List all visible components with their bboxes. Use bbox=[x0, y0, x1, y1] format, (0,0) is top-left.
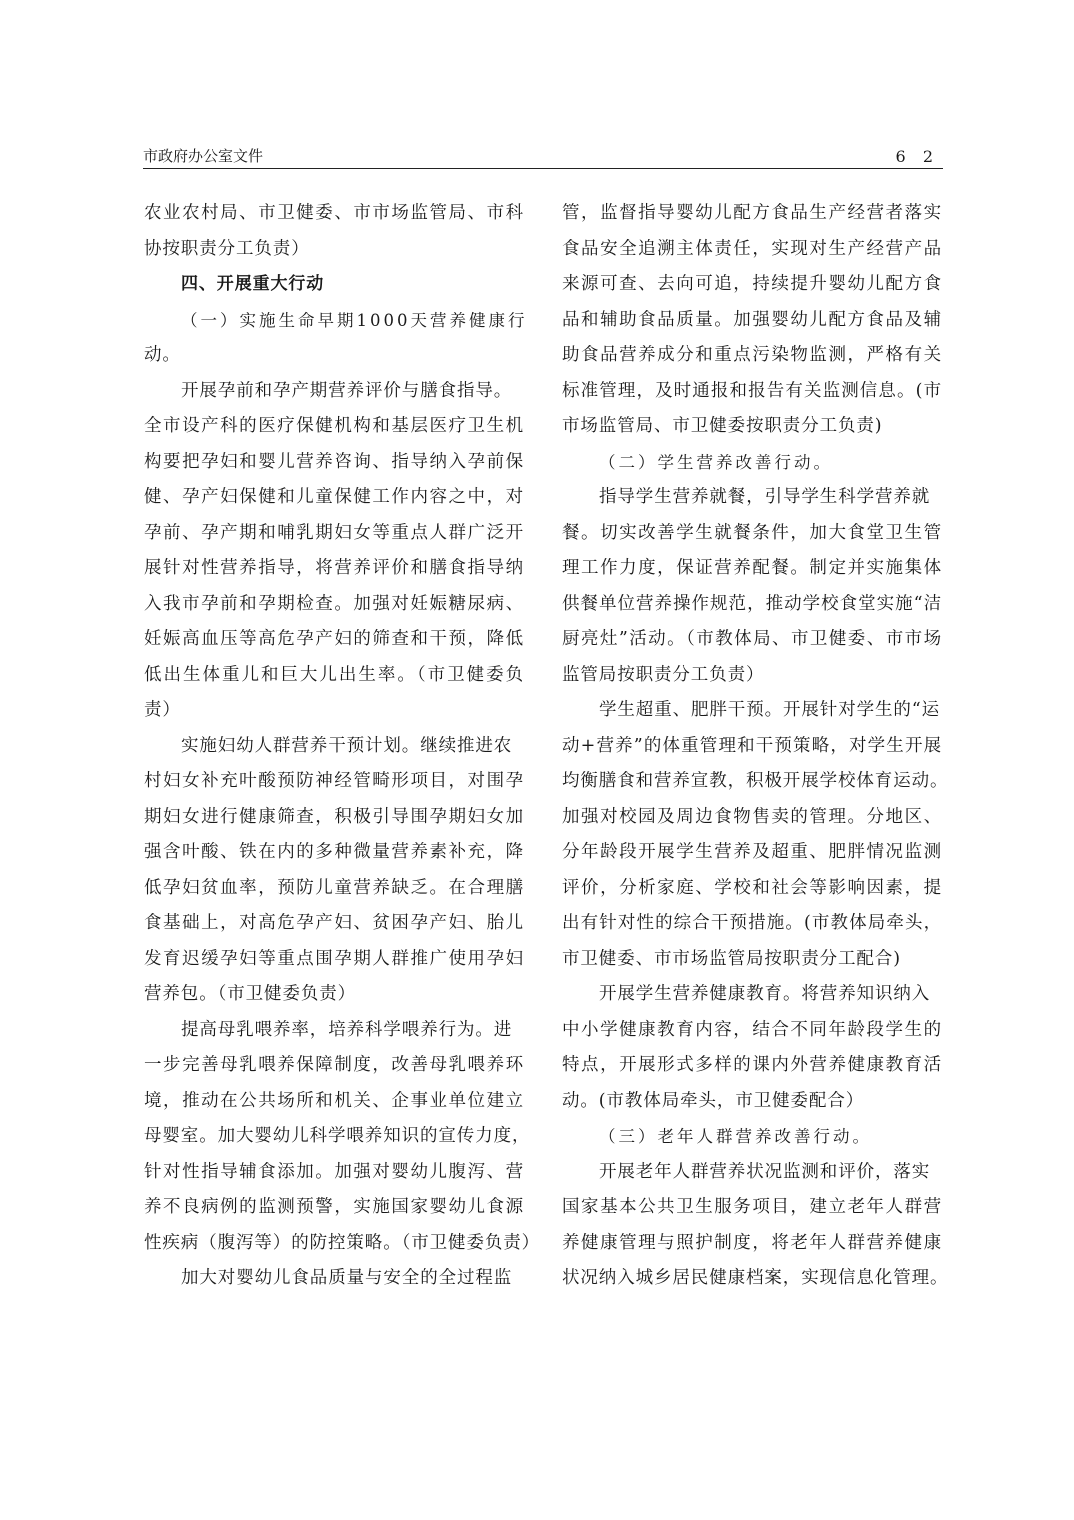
text-line: 均衡膳食和营养宣教，积极开展学校体育运动。 bbox=[562, 764, 942, 800]
text-line: 食品安全追溯主体责任，实现对生产经营产品 bbox=[562, 232, 942, 268]
text-line: 一步完善母乳喂养保障制度，改善母乳喂养环 bbox=[144, 1048, 524, 1084]
page-number: 6 2 bbox=[896, 147, 939, 166]
text-line: 妊娠高血压等高危孕产妇的筛查和干预，降低 bbox=[144, 622, 524, 658]
text-line: 指导学生营养就餐，引导学生科学营养就 bbox=[562, 480, 942, 516]
left-column: 农业农村局、市卫健委、市市场监管局、市科协按职责分工负责）四、开展重大行动（一）… bbox=[144, 196, 524, 1297]
text-line: 母婴室。加大婴幼儿科学喂养知识的宣传力度， bbox=[144, 1119, 524, 1155]
text-line: 监管局按职责分工负责） bbox=[562, 658, 942, 694]
text-line: 养健康管理与照护制度，将老年人群营养健康 bbox=[562, 1226, 942, 1262]
text-line: 责） bbox=[144, 693, 524, 729]
text-line: 发育迟缓孕妇等重点围孕期人群推广使用孕妇 bbox=[144, 942, 524, 978]
text-line: 境，推动在公共场所和机关、企事业单位建立 bbox=[144, 1084, 524, 1120]
text-line: 低出生体重儿和巨大儿出生率。（市卫健委负 bbox=[144, 658, 524, 694]
text-line: 开展孕前和孕产期营养评价与膳食指导。 bbox=[144, 374, 524, 410]
text-line: 标准管理，及时通报和报告有关监测信息。(市 bbox=[562, 374, 942, 410]
text-line: 特点，开展形式多样的课内外营养健康教育活 bbox=[562, 1048, 942, 1084]
text-line: 动+营养”的体重管理和干预策略，对学生开展 bbox=[562, 729, 942, 765]
text-line: 提高母乳喂养率，培养科学喂养行为。进 bbox=[144, 1013, 524, 1049]
text-line: 实施妇幼人群营养干预计划。继续推进农 bbox=[144, 729, 524, 765]
text-line: 品和辅助食品质量。加强婴幼儿配方食品及辅 bbox=[562, 303, 942, 339]
text-line: 中小学健康教育内容，结合不同年龄段学生的 bbox=[562, 1013, 942, 1049]
text-line: 性疾病（腹泻等）的防控策略。（市卫健委负责） bbox=[144, 1226, 524, 1262]
subsection-heading: （二）学生营养改善行动。 bbox=[562, 445, 942, 481]
subsection-heading: （三）老年人群营养改善行动。 bbox=[562, 1119, 942, 1155]
text-line: 加大对婴幼儿食品质量与安全的全过程监 bbox=[144, 1261, 524, 1297]
text-line: 来源可查、去向可追，持续提升婴幼儿配方食 bbox=[562, 267, 942, 303]
text-line: 入我市孕前和孕期检查。加强对妊娠糖尿病、 bbox=[144, 587, 524, 623]
text-line: 期妇女进行健康筛查，积极引导围孕期妇女加 bbox=[144, 800, 524, 836]
text-line: 国家基本公共卫生服务项目，建立老年人群营 bbox=[562, 1190, 942, 1226]
text-line: 开展老年人群营养状况监测和评价，落实 bbox=[562, 1155, 942, 1191]
text-line: 养不良病例的监测预警，实施国家婴幼儿食源 bbox=[144, 1190, 524, 1226]
text-line: 餐。切实改善学生就餐条件，加大食堂卫生管 bbox=[562, 516, 942, 552]
text-line: 市卫健委、市市场监管局按职责分工配合) bbox=[562, 942, 942, 978]
document-source-title: 市政府办公室文件 bbox=[143, 145, 263, 166]
text-line: 开展学生营养健康教育。将营养知识纳入 bbox=[562, 977, 942, 1013]
text-line: 农业农村局、市卫健委、市市场监管局、市科 bbox=[144, 196, 524, 232]
right-column: 管，监督指导婴幼儿配方食品生产经营者落实食品安全追溯主体责任，实现对生产经营产品… bbox=[562, 196, 942, 1297]
text-line: 动。 bbox=[144, 338, 524, 374]
text-line: 助食品营养成分和重点污染物监测，严格有关 bbox=[562, 338, 942, 374]
text-line: 全市设产科的医疗保健机构和基层医疗卫生机 bbox=[144, 409, 524, 445]
text-line: 市场监管局、市卫健委按职责分工负责) bbox=[562, 409, 942, 445]
text-line: 展针对性营养指导，将营养评价和膳食指导纳 bbox=[144, 551, 524, 587]
text-line: 学生超重、肥胖干预。开展针对学生的“运 bbox=[562, 693, 942, 729]
text-line: 理工作力度，保证营养配餐。制定并实施集体 bbox=[562, 551, 942, 587]
page-header: 市政府办公室文件 6 2 bbox=[143, 146, 943, 169]
text-line: 协按职责分工负责） bbox=[144, 232, 524, 268]
text-line: 厨亮灶”活动。（市教体局、市卫健委、市市场 bbox=[562, 622, 942, 658]
section-heading: 四、开展重大行动 bbox=[144, 267, 524, 303]
text-line: 营养包。（市卫健委负责） bbox=[144, 977, 524, 1013]
text-line: 管，监督指导婴幼儿配方食品生产经营者落实 bbox=[562, 196, 942, 232]
text-line: 强含叶酸、铁在内的多种微量营养素补充，降 bbox=[144, 835, 524, 871]
text-line: 低孕妇贫血率，预防儿童营养缺乏。在合理膳 bbox=[144, 871, 524, 907]
text-line: 孕前、孕产期和哺乳期妇女等重点人群广泛开 bbox=[144, 516, 524, 552]
text-line: 供餐单位营养操作规范，推动学校食堂实施“洁 bbox=[562, 587, 942, 623]
text-line: 针对性指导辅食添加。加强对婴幼儿腹泻、营 bbox=[144, 1155, 524, 1191]
text-line: 分年龄段开展学生营养及超重、肥胖情况监测 bbox=[562, 835, 942, 871]
text-line: 食基础上，对高危孕产妇、贫困孕产妇、胎儿 bbox=[144, 906, 524, 942]
text-line: 动。(市教体局牵头，市卫健委配合） bbox=[562, 1084, 942, 1120]
text-line: 状况纳入城乡居民健康档案，实现信息化管理。 bbox=[562, 1261, 942, 1297]
text-line: 构要把孕妇和婴儿营养咨询、指导纳入孕前保 bbox=[144, 445, 524, 481]
text-line: 村妇女补充叶酸预防神经管畸形项目，对围孕 bbox=[144, 764, 524, 800]
text-line: 健、孕产妇保健和儿童保健工作内容之中，对 bbox=[144, 480, 524, 516]
subsection-heading: （一）实施生命早期1000天营养健康行 bbox=[144, 303, 524, 339]
text-line: 出有针对性的综合干预措施。(市教体局牵头， bbox=[562, 906, 942, 942]
text-line: 评价，分析家庭、学校和社会等影响因素，提 bbox=[562, 871, 942, 907]
text-line: 加强对校园及周边食物售卖的管理。分地区、 bbox=[562, 800, 942, 836]
